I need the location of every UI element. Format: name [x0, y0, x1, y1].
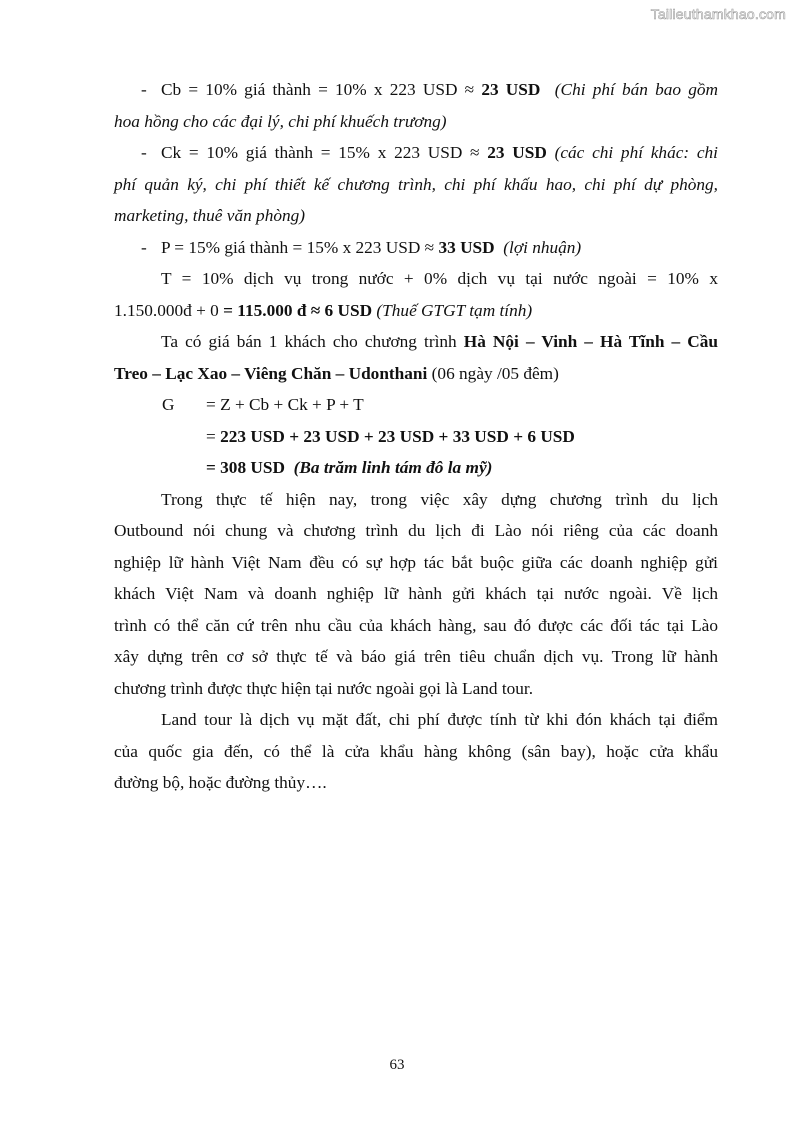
- cost-item-cb: -Cb = 10% giá thành = 10% x 223 USD ≈ 23…: [114, 74, 718, 106]
- cb-note: (Chi phí bán bao gồm: [555, 80, 718, 99]
- bullet-dash: -: [141, 232, 147, 264]
- document-body: -Cb = 10% giá thành = 10% x 223 USD ≈ 23…: [114, 74, 718, 799]
- cost-item-ck: -Ck = 10% giá thành = 15% x 223 USD ≈ 23…: [114, 137, 718, 169]
- bullet-dash: -: [141, 137, 147, 169]
- page-number: 63: [0, 1057, 794, 1074]
- cb-value: 23 USD: [481, 80, 540, 99]
- paragraph-2-line: Land tour là dịch vụ mặt đất, chi phí đư…: [114, 704, 718, 736]
- formula-total: = 308 USD (Ba trăm linh tám đô la mỹ): [114, 452, 718, 484]
- total-price-words: (Ba trăm linh tám đô la mỹ): [294, 458, 493, 477]
- ck-note-end: marketing, thuê văn phòng): [114, 200, 718, 232]
- tour-duration: (06 ngày /05 đêm): [427, 364, 559, 383]
- paragraph-1-line: chương trình được thực hiện tại nước ngo…: [114, 673, 718, 705]
- cb-note-continued: hoa hồng cho các đại lý, chi phí khuếch …: [114, 106, 718, 138]
- route-name-continued: Treo – Lạc Xao – Viêng Chăn – Udonthani: [114, 364, 427, 383]
- ck-note-continued: phí quản ký, chi phí thiết kế chương trì…: [114, 169, 718, 201]
- price-intro: Ta có giá bán 1 khách cho chương trình H…: [114, 326, 718, 358]
- ck-formula: Ck = 10% giá thành = 15% x 223 USD ≈: [161, 143, 487, 162]
- paragraph-1-line: khách Việt Nam và doanh nghiệp lữ hành g…: [114, 578, 718, 610]
- formula-label: G: [162, 389, 206, 421]
- price-intro-continued: Treo – Lạc Xao – Viêng Chăn – Udonthani …: [114, 358, 718, 390]
- ck-note: (các chi phí khác: chi: [555, 143, 718, 162]
- bullet-dash: -: [141, 74, 147, 106]
- watermark: Tailieuthamkhao.com: [651, 6, 786, 22]
- tax-note: (Thuế GTGT tạm tính): [376, 301, 532, 320]
- cost-item-p: -P = 15% giá thành = 15% x 223 USD ≈ 33 …: [114, 232, 718, 264]
- total-price: = 308 USD: [206, 458, 285, 477]
- paragraph-1-line: xây dựng trên cơ sở thực tế và báo giá t…: [114, 641, 718, 673]
- paragraph-1-line: trình có thể căn cứ trên nhu cầu của khá…: [114, 610, 718, 642]
- p-formula: P = 15% giá thành = 15% x 223 USD ≈: [161, 238, 438, 257]
- cb-formula: Cb = 10% giá thành = 10% x 223 USD ≈: [161, 80, 481, 99]
- tax-item-t: T = 10% dịch vụ trong nước + 0% dịch vụ …: [114, 263, 718, 295]
- paragraph-2-line: của quốc gia đến, có thể là cửa khẩu hàn…: [114, 736, 718, 768]
- paragraph-1-line: nghiệp lữ hành Việt Nam đều có sự hợp tá…: [114, 547, 718, 579]
- ck-value: 23 USD: [487, 143, 547, 162]
- formula-sum: = 223 USD + 23 USD + 23 USD + 33 USD + 6…: [114, 421, 718, 453]
- route-name: Hà Nội – Vinh – Hà Tĩnh – Cầu: [464, 332, 718, 351]
- p-note: (lợi nhuận): [503, 238, 581, 257]
- p-value: 33 USD: [438, 238, 494, 257]
- tax-value: = 115.000 đ ≈ 6 USD: [223, 301, 372, 320]
- formula-g: G= Z + Cb + Ck + P + T: [114, 389, 718, 421]
- paragraph-1-line: Outbound nói chung và chương trình du lị…: [114, 515, 718, 547]
- paragraph-1-line: Trong thực tế hiện nay, trong việc xây d…: [114, 484, 718, 516]
- tax-item-t-continued: 1.150.000đ + 0 = 115.000 đ ≈ 6 USD (Thuế…: [114, 295, 718, 327]
- paragraph-2-line: đường bộ, hoặc đường thủy….: [114, 767, 718, 799]
